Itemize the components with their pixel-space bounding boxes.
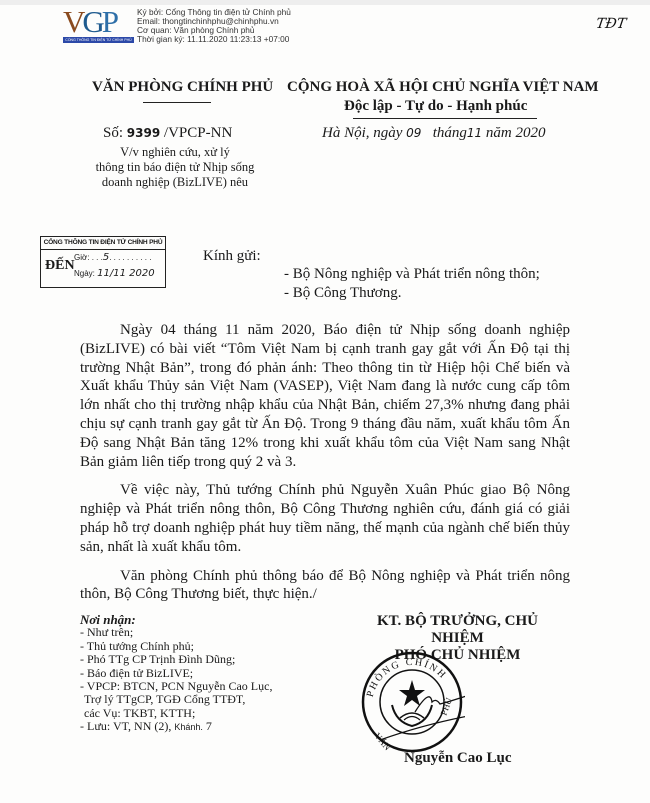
- svg-text:VĂN: VĂN: [372, 731, 393, 753]
- svg-text:PHỦ: PHỦ: [438, 696, 454, 717]
- subject-line: thông tin báo điện tử Nhịp sống: [60, 160, 290, 175]
- recipients-list: Nơi nhận: - Như trên; - Thủ tướng Chính …: [80, 613, 272, 735]
- date-year: năm 2020: [486, 125, 546, 141]
- vgp-logo-banner: CỔNG THÔNG TIN ĐIỆN TỬ CHÍNH PHỦ: [63, 37, 134, 43]
- recipient-item: - Báo điện tử BizLIVE;: [80, 667, 272, 680]
- digital-signature-info: Ký bởi: Cổng Thông tin điện tử Chính phủ…: [137, 8, 291, 44]
- stamp-header: CỔNG THÔNG TIN ĐIỆN TỬ CHÍNH PHỦ: [41, 237, 165, 250]
- stamp-time: Giờ: . . .5. . . . . . . . . .: [74, 252, 151, 263]
- date-prefix: Hà Nội, ngày: [322, 125, 402, 141]
- addressee-label: Kính gửi:: [203, 248, 261, 265]
- addressee-item: - Bộ Công Thương.: [284, 284, 540, 303]
- vgp-logo-letters: VGP: [63, 8, 116, 36]
- doc-number-suffix: /VPCP-NN: [164, 125, 232, 141]
- handwritten-initials: TĐT: [595, 16, 627, 32]
- recipient-item: - Như trên;: [80, 626, 272, 639]
- body-paragraph: Văn phòng Chính phủ thông báo để Bộ Nông…: [80, 567, 570, 605]
- vgp-logo: VGP CỔNG THÔNG TIN ĐIỆN TỬ CHÍNH PHỦ: [63, 8, 133, 44]
- recipient-item: - Phó TTg CP Trịnh Đình Dũng;: [80, 653, 272, 666]
- document-number: Số: 9399 /VPCP-NN: [103, 125, 232, 142]
- recipient-item: - Thủ tướng Chính phủ;: [80, 640, 272, 653]
- archive-clerk: Khánh.: [174, 722, 203, 732]
- organization-underline: [143, 102, 211, 103]
- motto-underline: [353, 118, 537, 119]
- national-motto: Độc lập - Tự do - Hạnh phúc: [344, 98, 527, 115]
- subject-line: V/v nghiên cứu, xử lý: [60, 145, 290, 160]
- doc-number-value: 9399: [127, 126, 160, 140]
- received-stamp: CỔNG THÔNG TIN ĐIỆN TỬ CHÍNH PHỦ ĐẾN Giờ…: [40, 236, 166, 288]
- stamp-label: ĐẾN: [45, 258, 75, 274]
- doc-number-label: Số:: [103, 125, 123, 141]
- body-paragraph: Về việc này, Thủ tướng Chính phủ Nguyễn …: [80, 481, 570, 556]
- stamp-date-label: Ngày:: [74, 269, 95, 278]
- addressee-list: - Bộ Nông nghiệp và Phát triển nông thôn…: [284, 265, 540, 303]
- document-body: Ngày 04 tháng 11 năm 2020, Báo điện tử N…: [80, 321, 570, 614]
- stamp-date: Ngày: 11/11 2020: [74, 268, 155, 279]
- stamp-time-value: 5: [103, 252, 109, 263]
- national-title: CỘNG HOÀ XÃ HỘI CHỦ NGHĨA VIỆT NAM: [287, 79, 599, 96]
- date-month: 11: [467, 126, 482, 140]
- archive-count: 7: [206, 719, 212, 733]
- archive-line: - Lưu: VT, NN (2), Khánh. 7: [80, 720, 272, 734]
- body-paragraph: Ngày 04 tháng 11 năm 2020, Báo điện tử N…: [80, 321, 570, 471]
- recipient-item: các Vụ: TKBT, KTTH;: [80, 707, 272, 720]
- signer-title-line1: KT. BỘ TRƯỞNG, CHỦ NHIỆM: [350, 613, 565, 647]
- document-subject: V/v nghiên cứu, xử lý thông tin báo điện…: [60, 145, 290, 190]
- date-month-label: tháng: [433, 125, 467, 141]
- subject-line: doanh nghiệp (BizLIVE) nêu: [60, 175, 290, 190]
- issuing-organization: VĂN PHÒNG CHÍNH PHỦ: [92, 79, 273, 96]
- addressee-item: - Bộ Nông nghiệp và Phát triển nông thôn…: [284, 265, 540, 284]
- archive-label: - Lưu: VT, NN (2),: [80, 719, 171, 733]
- signed-time: Thời gian ký: 11.11.2020 11:23:13 +07:00: [137, 35, 291, 44]
- recipients-title: Nơi nhận:: [80, 613, 272, 626]
- stamp-time-label: Giờ:: [74, 253, 89, 262]
- official-seal-icon: PHÒNG CHÍNH VĂN PHỦ: [360, 650, 465, 755]
- recipient-item: - VPCP: BTCN, PCN Nguyễn Cao Lục,: [80, 680, 272, 693]
- signer-name: Nguyễn Cao Lục: [404, 750, 512, 767]
- stamp-date-value: 11/11 2020: [97, 268, 154, 279]
- document-date: Hà Nội, ngày 09 tháng11 năm 2020: [322, 125, 546, 142]
- date-day: 09: [406, 126, 421, 140]
- recipient-item: Trợ lý TTgCP, TGĐ Cổng TTĐT,: [80, 693, 272, 706]
